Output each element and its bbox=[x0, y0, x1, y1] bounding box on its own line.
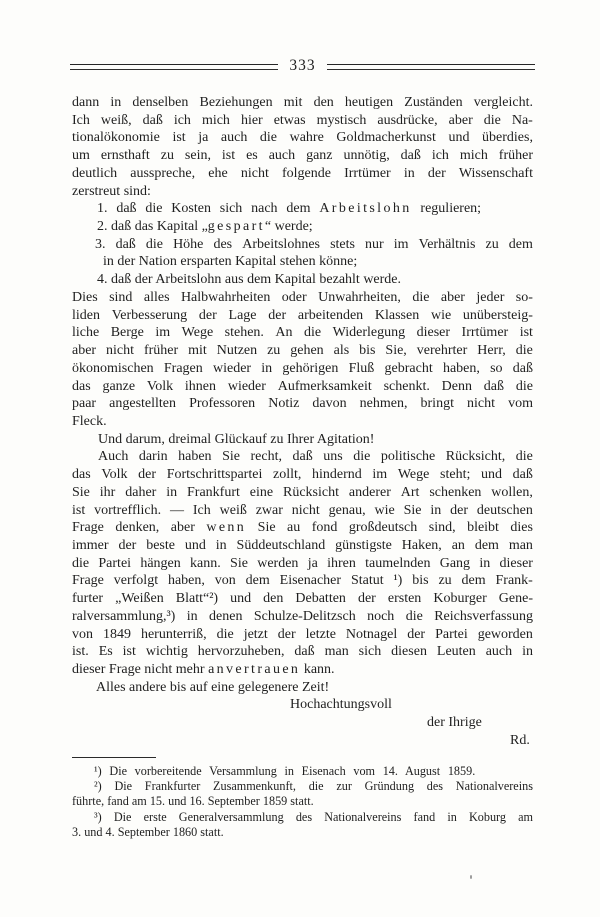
text-line: DiessindallesHalbwahrheitenoderUnwahrhei… bbox=[72, 289, 533, 307]
book-page: 333 dannindenselbenBeziehungenmitdenheut… bbox=[0, 0, 600, 917]
text-line: SieihrdaherinFrankfurteineRücksichtander… bbox=[72, 484, 533, 502]
text-line: von1849herunterriß,diejetztderletzteNotn… bbox=[72, 626, 533, 644]
letter-body: dannindenselbenBeziehungenmitdenheutigen… bbox=[72, 94, 533, 750]
signature-line: der Ihrige bbox=[72, 714, 533, 732]
list-item-1: 1. daß die Kosten sich nach dem Arbeitsl… bbox=[72, 200, 533, 218]
scan-artifact bbox=[470, 875, 472, 879]
text-line: immerderbesteundinSüddeutschlandgünstigs… bbox=[72, 537, 533, 555]
header-rule-right bbox=[327, 64, 535, 70]
list-item-3: 3.daßdieHöhedesArbeitslohnesstetsnurimVe… bbox=[72, 236, 533, 254]
text-line: paarangestelltenProfessorenNotizdavonneh… bbox=[72, 395, 533, 413]
text-line: Und darum, dreimal Glückauf zu Ihrer Agi… bbox=[72, 431, 533, 449]
text-line: in der Nation ersparten Kapital stehen k… bbox=[72, 253, 533, 271]
page-number: 333 bbox=[289, 57, 315, 75]
text-line: ralversammlung,³)indenenSchulze-Delitzsc… bbox=[72, 608, 533, 626]
list-item-4: 4. daß der Arbeitslohn aus dem Kapital b… bbox=[72, 271, 533, 289]
text-line: ökonomischenFragenwiederingehörigenFlußg… bbox=[72, 360, 533, 378]
text-line: Ichweiß,daßichmichhieretwasmystischausdr… bbox=[72, 112, 533, 130]
text-line: führte, fand am 15. und 16. September 18… bbox=[72, 794, 533, 809]
text-line: dasVolkderFortschrittsparteizollt,hinder… bbox=[72, 466, 533, 484]
text-line: istvortrefflich.—Ichweißzwarnichtgenau,w… bbox=[72, 502, 533, 520]
running-head: 333 bbox=[70, 58, 535, 76]
footnote-separator bbox=[72, 757, 156, 758]
text-line: abernichtfrühermitNutzenzugehenalsbisSie… bbox=[72, 342, 533, 360]
text-line: licheBergeimWegestehen.AndieWiderlegungd… bbox=[72, 324, 533, 342]
text-line: tionalökonomieistjaauchdiewahreGoldmache… bbox=[72, 129, 533, 147]
text-line: AuchdarinhabenSierecht,daßunsdiepolitisc… bbox=[72, 448, 533, 466]
text-line: zerstreut sind: bbox=[72, 183, 533, 201]
text-line: dannindenselbenBeziehungenmitdenheutigen… bbox=[72, 94, 533, 112]
signature-initials: Rd. bbox=[72, 732, 533, 750]
text-line: Fragedenken,aberwennSieaufondgroßdeutsch… bbox=[72, 519, 533, 537]
footnote-3: ³)DieersteGeneralversammlungdesNationalv… bbox=[72, 810, 533, 825]
text-line: dieser Frage nicht mehr anvertrauen kann… bbox=[72, 661, 533, 679]
text-line: ist.Esistwichtighervorzuheben,daßmansich… bbox=[72, 643, 533, 661]
text-line: Alles andere bis auf eine gelegenere Zei… bbox=[72, 679, 533, 697]
footnotes: ¹) Die vorbereitende Versammlung in Eise… bbox=[72, 764, 533, 840]
text-line: umernsthaftzusein,istesauchganzunnötig,d… bbox=[72, 147, 533, 165]
text-line: Frageverfolgthaben,vondemEisenacherStatu… bbox=[72, 572, 533, 590]
text-line: deutlichausspreche,ehenichtfolgendeIrrtü… bbox=[72, 165, 533, 183]
text-line: dasganzeVolkihnenwiederAufmerksamkeitsch… bbox=[72, 378, 533, 396]
closing-salutation: Hochachtungsvoll bbox=[72, 696, 533, 714]
text-line: lidenVerbesserungderLagederarbeitendenKl… bbox=[72, 307, 533, 325]
footnote-2: ²)DieFrankfurterZusammenkunft,diezurGrün… bbox=[72, 779, 533, 794]
header-rule-left bbox=[70, 64, 278, 70]
text-line: Fleck. bbox=[72, 413, 533, 431]
text-line: dieParteihängenkann.Siewerdenjaihrentaum… bbox=[72, 555, 533, 573]
list-item-2: 2. daß das Kapital „gespart“ werde; bbox=[72, 218, 533, 236]
footnote-1: ¹) Die vorbereitende Versammlung in Eise… bbox=[72, 764, 533, 779]
text-line: furter„WeißenBlatt“²)unddenDebattenderer… bbox=[72, 590, 533, 608]
text-line: 3. und 4. September 1860 statt. bbox=[72, 825, 533, 840]
